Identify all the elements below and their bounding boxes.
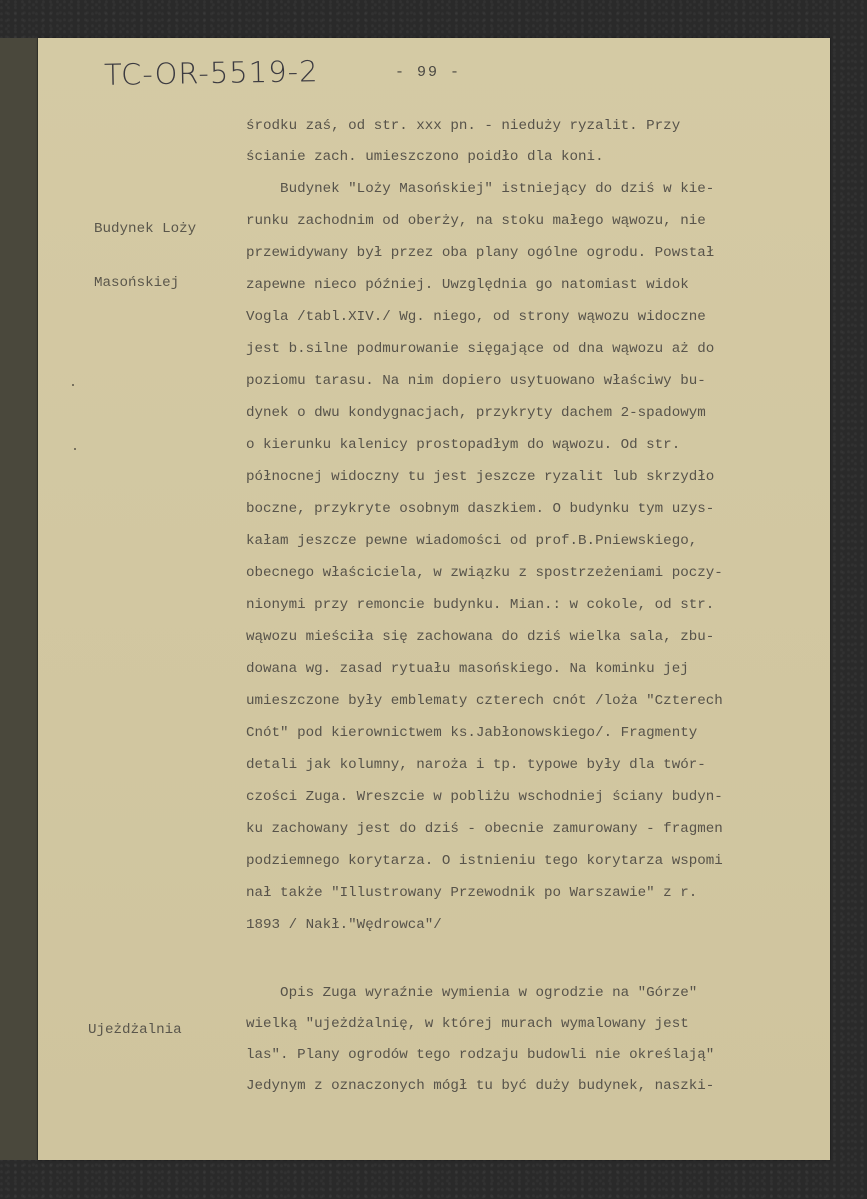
side-heading-line: Masońskiej [94, 274, 196, 292]
paper-speck [74, 448, 76, 450]
text-line: las". Plany ogrodów tego rodzaju budowli… [246, 1047, 714, 1063]
binder-strip [0, 38, 39, 1160]
section-lodge-text: Budynek "Loży Masońskiej" istniejący do … [246, 181, 280, 597]
text-line: ku zachowany jest do dziś - obecnie zamu… [246, 821, 723, 837]
text-line: Jedynym z oznaczonych mógł tu być duży b… [246, 1078, 714, 1094]
text-line: przewidywany był przez oba plany ogólne … [246, 245, 714, 261]
side-heading-line: Ujeżdżalnia [88, 1021, 182, 1039]
side-heading-line: Budynek Loży [94, 220, 196, 238]
text-line: detali jak kolumny, naroża i tp. typowe … [246, 757, 706, 773]
text-line: Cnót" pod kierownictwem ks.Jabłonowskieg… [246, 725, 697, 741]
text-line: podziemnego korytarza. O istnieniu tego … [246, 853, 723, 869]
page-number: - 99 - [395, 64, 461, 81]
text-line: umieszczone były emblematy czterech cnót… [246, 693, 723, 709]
text-line: o kierunku kalenicy prostopadłym do wąwo… [246, 437, 680, 453]
text-line: ścianie zach. umieszczono poidło dla kon… [246, 149, 604, 165]
text-line: czości Zuga. Wreszcie w pobliżu wschodni… [246, 789, 723, 805]
text-line: nał także "Illustrowany Przewodnik po Wa… [246, 885, 697, 901]
text-line: wąwozu mieściła się zachowana do dziś wi… [246, 629, 714, 645]
text-line: dynek o dwu kondygnacjach, przykryty dac… [246, 405, 706, 421]
text-line: zapewne nieco później. Uwzględnia go nat… [246, 277, 689, 293]
side-heading-lodge: Budynek Loży Masońskiej [94, 184, 196, 328]
text-line: Vogla /tabl.XIV./ Wg. niego, od strony w… [246, 309, 706, 325]
text-line: jest b.silne podmurowanie sięgające od d… [246, 341, 714, 357]
text-line: Opis Zuga wyraźnie wymienia w ogrodzie n… [246, 985, 697, 1001]
section-riding-hall-text: Opis Zuga wyraźnie wymienia w ogrodzie n… [246, 985, 280, 1081]
typewritten-page: TC-OR-5519-2 - 99 - środku zaś, od str. … [38, 38, 830, 1160]
text-line: obecnego właściciela, w związku z spostr… [246, 565, 723, 581]
text-line: wielką "ujeżdżalnię, w której murach wym… [246, 1016, 689, 1032]
text-line: dowana wg. zasad rytuału masońskiego. Na… [246, 661, 689, 677]
text-line: północnej widoczny tu jest jeszcze ryzal… [246, 469, 714, 485]
side-heading-riding-hall: Ujeżdżalnia [88, 985, 182, 1075]
text-line: Budynek "Loży Masońskiej" istniejący do … [246, 181, 714, 197]
text-line: nionymi przy remoncie budynku. Mian.: w … [246, 597, 714, 613]
text-line: poziomu tarasu. Na nim dopiero usytuowan… [246, 373, 706, 389]
text-line: boczne, przykryte osobnym daszkiem. O bu… [246, 501, 714, 517]
handwritten-reference: TC-OR-5519-2 [104, 54, 319, 92]
continuation-block: środku zaś, od str. xxx pn. - nieduży ry… [246, 118, 280, 182]
text-line: środku zaś, od str. xxx pn. - nieduży ry… [246, 118, 680, 134]
paper-speck [72, 384, 74, 386]
text-line: 1893 / Nakł."Wędrowca"/ [246, 917, 442, 933]
text-line: runku zachodnim od oberży, na stoku małe… [246, 213, 706, 229]
text-line: kałam jeszcze pewne wiadomości od prof.B… [246, 533, 697, 549]
